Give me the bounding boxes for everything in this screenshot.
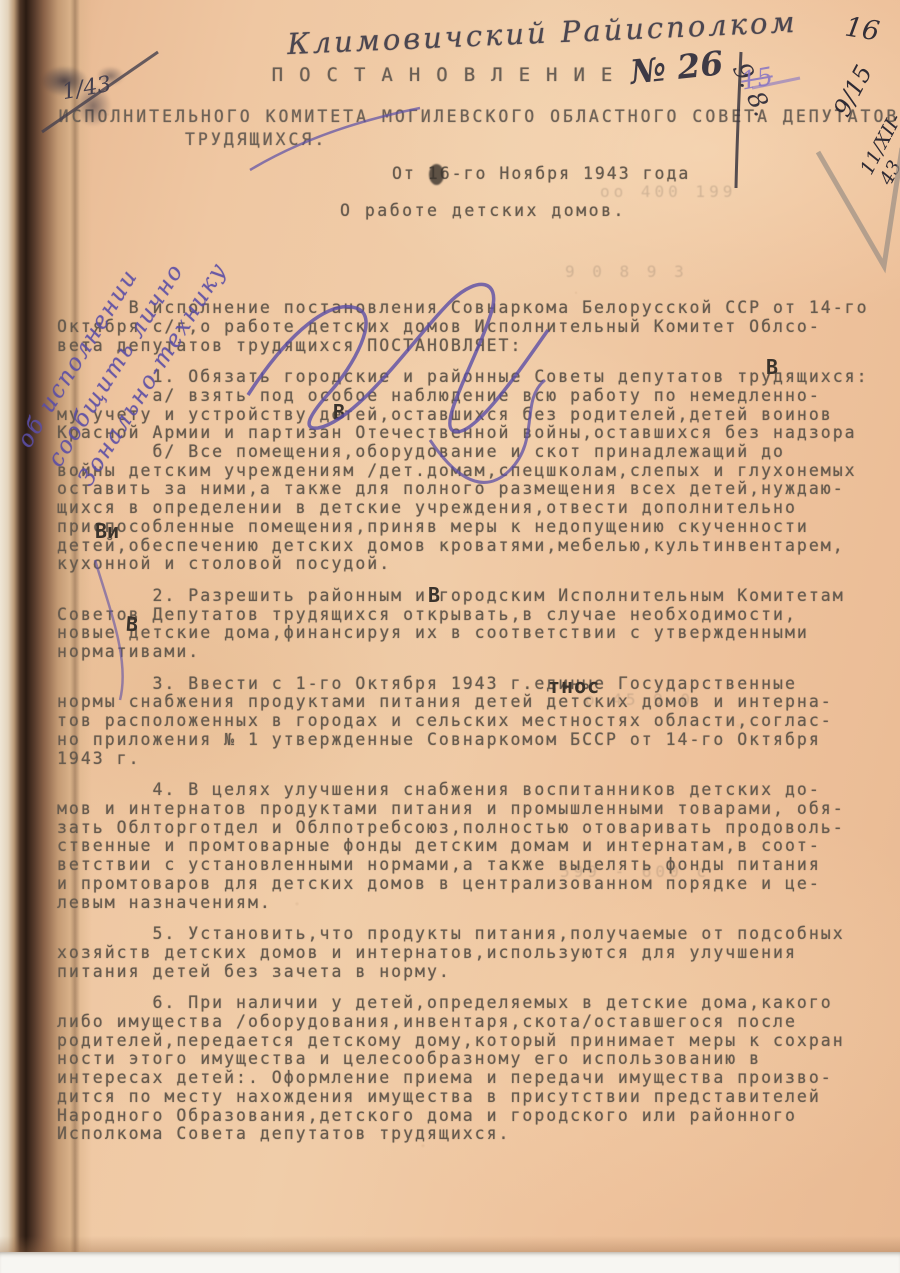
scanned-document-page: оо 400 199 9 0 8 9 3 о 45 9 0 599 - 600 … [0, 0, 900, 1273]
issuing-org-line1: ИСПОЛНИТЕЛЬНОГО КОМИТЕТА МОГИЛЕВСКОГО ОБ… [58, 108, 900, 127]
document-subject: О работе детских домов. [340, 202, 626, 221]
paragraph: 6. При наличии у детей,определяемых в де… [57, 994, 899, 1144]
paper-bottom-edge-shadow [0, 1236, 900, 1252]
ghost-bleed-text: оо 400 199 [600, 182, 736, 201]
paragraph: 2. Разрешить районным и городским Исполн… [57, 587, 899, 662]
crossed-out-mark-15: 15 [739, 61, 775, 95]
ink-correction: В [333, 400, 345, 424]
ink-correction: Ви [95, 519, 119, 543]
ink-correction: В [428, 583, 440, 607]
paragraph: 4. В целях улучшения снабжения воспитанн… [57, 781, 899, 912]
handwritten-page-number: 16 [843, 12, 882, 48]
ink-correction: В [125, 612, 139, 637]
paragraph: 1. Обязать городские и районные Советы д… [57, 368, 899, 574]
paragraph: 5. Установить,что продукты питания,получ… [57, 925, 899, 981]
scanner-bed-strip [0, 1252, 900, 1273]
ink-correction: тнос [548, 674, 600, 698]
document-body: В исполнение постановления Совнаркома Бе… [57, 243, 899, 1157]
ink-correction: В [766, 355, 778, 379]
ink-blot [429, 164, 444, 185]
paragraph: 3. Ввести с 1-го Октября 1943 г.единые Г… [57, 675, 899, 769]
